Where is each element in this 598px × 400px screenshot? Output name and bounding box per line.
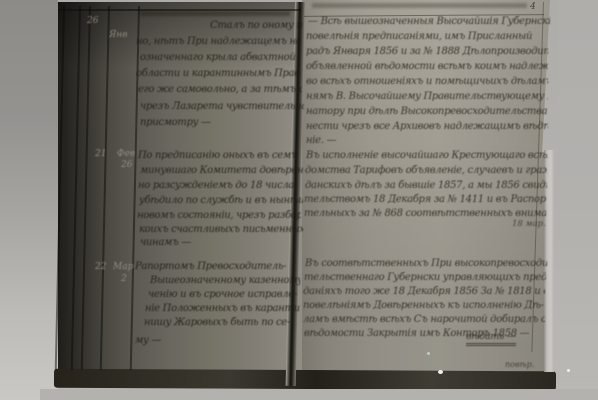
handwritten-line: нести чрезъ все Архивовъ надлежащимъ вѣд… bbox=[306, 121, 548, 132]
handwritten-line: означеннаго крыла абвахтной bbox=[140, 52, 296, 63]
faded-text-smudge bbox=[312, 3, 527, 8]
handwritten-line: повелѣнія предписаніями, имъ Присланный bbox=[306, 31, 532, 42]
handwritten-line: даніяхъ того же 18 Декабря 1856 За № 181… bbox=[303, 286, 545, 297]
entry-date-month: Мар bbox=[113, 262, 133, 272]
handwritten-line: ніе. — bbox=[306, 135, 336, 146]
handwritten-line: но разсужденіемъ до 18 числа bbox=[138, 180, 294, 191]
handwritten-line: Въ исполненіе высочайшаго Крестующаго вс… bbox=[306, 150, 548, 161]
handwritten-line: новомъ состояніи, чрезъ разборъ bbox=[137, 210, 301, 221]
handwritten-line: коихъ счастливыхъ письменныхъ bbox=[139, 224, 303, 235]
book-bottom-edge-shadow bbox=[54, 369, 556, 391]
entry-number: 26 bbox=[87, 16, 98, 26]
handwritten-line: во всѣхъ отношеніяхъ и помѣщичьихъ дѣлам… bbox=[306, 76, 548, 87]
entry-date-day: 26 bbox=[121, 160, 132, 170]
handwritten-line: нямъ В. Высочайшему Правительствующему Г… bbox=[306, 91, 548, 102]
handwritten-line: объявленной вѣдомости всѣмъ коимъ надлеж… bbox=[306, 61, 548, 72]
entry-date-month: Янв bbox=[109, 30, 127, 40]
handwritten-line: присмотру — bbox=[140, 117, 211, 128]
marginal-note-date: 18 мар. bbox=[512, 219, 546, 229]
handwritten-line: чрезъ Лазарета чувствительнаго bbox=[140, 101, 304, 112]
handwritten-line: Сталъ по оному пред- bbox=[210, 20, 302, 31]
background-left bbox=[0, 0, 58, 400]
background-bottom bbox=[40, 389, 598, 400]
entry-number: 21 bbox=[95, 149, 106, 159]
entry-number: 22 bbox=[95, 262, 106, 272]
entry-date-month: Фев bbox=[117, 149, 135, 159]
handwritten-line: нишу Жаровыхъ быть по се- bbox=[144, 317, 290, 328]
handwritten-line: тельныхъ за № 868 соотвѣтственныхъ внима… bbox=[304, 208, 546, 219]
manuscript-photo: 4 26 Янв Сталъ по оному пред- но, нѣтъ П… bbox=[0, 0, 598, 400]
handwritten-line: повелѣніямъ Довѣренныхъ къ исполненію Дѣ… bbox=[303, 300, 544, 311]
handwritten-line: тельственнаго Губернски управляющихъ пре… bbox=[304, 272, 546, 283]
handwritten-line: Въ соотвѣтственныхъ При высокопревосходи… bbox=[305, 258, 547, 269]
handwritten-line: его же самовольно, а за тѣмъ онъ bbox=[138, 84, 302, 95]
handwritten-line: чинамъ — bbox=[140, 237, 191, 248]
paper-speck bbox=[567, 369, 570, 372]
handwritten-line: му — bbox=[135, 335, 161, 346]
handwritten-line: ламъ вмѣстѣ всѣхъ Съ нарочитой добиралъ … bbox=[303, 314, 545, 325]
background-right bbox=[551, 0, 598, 400]
paper-speck bbox=[427, 352, 430, 355]
faded-text-smudge bbox=[140, 11, 290, 16]
entry-date-day: 2 bbox=[121, 274, 127, 284]
handwritten-line: натору при дѣлѣ Высокопревосходительства… bbox=[306, 106, 548, 117]
handwritten-line: — Всѣ вышеозначенныя Высочайшія Губернск… bbox=[308, 16, 550, 27]
handwritten-line: минувшаго Комитета довѣрен- bbox=[140, 165, 304, 176]
handwritten-line: тельствомъ 18 Декабря за № 1411 и въ Рас… bbox=[304, 194, 546, 205]
handwritten-line: домства Тарифовъ объявленіе, случаевъ и … bbox=[305, 165, 547, 176]
handwritten-line: Вышеозначенному казенному выру- bbox=[150, 275, 300, 286]
handwritten-line: ченію и въ срочное исправле- bbox=[148, 289, 297, 300]
handwritten-line: ніе Положенныхъ въ карантинную bbox=[145, 303, 300, 314]
page-number: 4 bbox=[530, 2, 536, 12]
handwritten-line: убѣдило по службѣ и въ нынѣшнемъ bbox=[139, 195, 303, 206]
paper-speck bbox=[438, 370, 443, 374]
handwritten-line: радъ Января 1856 и за № 1888 Дѣлопроизво… bbox=[306, 46, 548, 57]
handwritten-line: По предписанію оныхъ въ семъ bbox=[138, 150, 297, 161]
marginal-note-small: повѣр. bbox=[505, 360, 534, 369]
handwritten-line: но, нѣтъ При надлежащемъ наруж- bbox=[136, 36, 300, 47]
handwritten-line: области и карантиннымъ Правлен- bbox=[136, 68, 300, 79]
handwritten-line: данскихъ дѣлъ за бывшіе 1857, а мы 1856 … bbox=[305, 180, 547, 191]
handwritten-closing-flourish: вѣдать — bbox=[466, 331, 516, 346]
handwritten-line: Рапортомъ Превосходитель- bbox=[135, 261, 286, 272]
